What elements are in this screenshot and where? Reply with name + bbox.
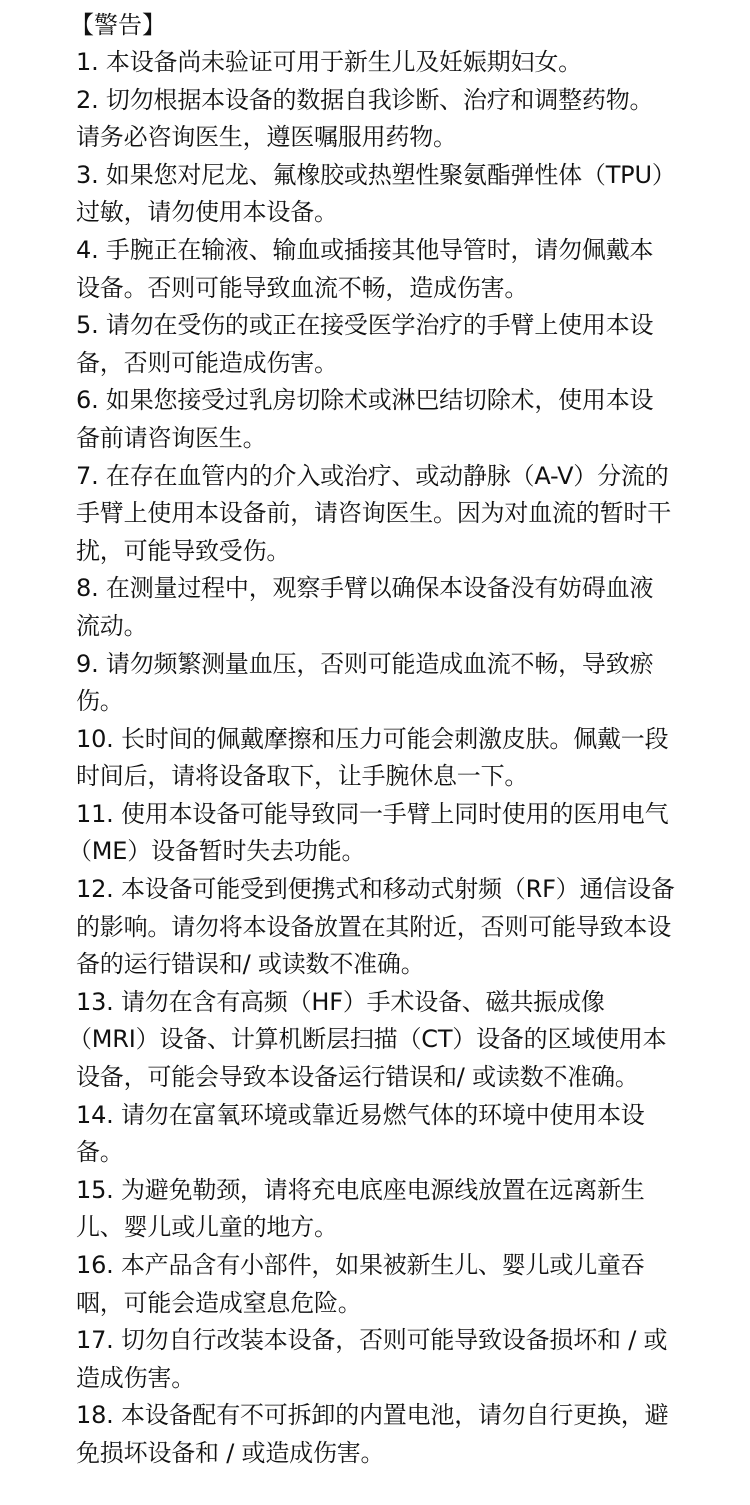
warning-line-6: 4. 手腕正在输液、输血或插接其他导管时，请勿佩戴本 (76, 232, 690, 270)
warning-line-27: （MRI）设备、计算机断层扫描（CT）设备的区域使用本 (68, 1021, 690, 1059)
warning-title: 【警告】 (70, 6, 690, 44)
warning-line-2: 2. 切勿根据本设备的数据自我诊断、治疗和调整药物。 (76, 82, 690, 120)
warning-line-21: 11. 使用本设备可能导致同一手臂上同时使用的医用电气 (76, 796, 690, 834)
warning-line-32: 儿、婴儿或儿童的地方。 (76, 1209, 690, 1247)
warning-line-29: 14. 请勿在富氧环境或靠近易燃气体的环境中使用本设 (76, 1097, 690, 1135)
warning-line-30: 备。 (76, 1134, 690, 1172)
warning-line-12: 7. 在存在血管内的介入或治疗、或动静脉（A-V）分流的 (76, 458, 690, 496)
warning-line-33: 16. 本产品含有小部件，如果被新生儿、婴儿或儿童吞 (76, 1247, 690, 1285)
warning-line-23: 12. 本设备可能受到便携式和移动式射频（RF）通信设备 (76, 871, 690, 909)
warning-line-37: 18. 本设备配有不可拆卸的内置电池，请勿自行更换，避 (76, 1397, 690, 1435)
warning-line-1: 1. 本设备尚未验证可用于新生儿及妊娠期妇女。 (76, 44, 690, 82)
warning-line-18: 伤。 (76, 683, 690, 721)
warning-line-8: 5. 请勿在受伤的或正在接受医学治疗的手臂上使用本设 (76, 307, 690, 345)
warning-line-24: 的影响。请勿将本设备放置在其附近，否则可能导致本设 (76, 909, 690, 947)
warning-line-10: 6. 如果您接受过乳房切除术或淋巴结切除术，使用本设 (76, 382, 690, 420)
warning-line-5: 过敏，请勿使用本设备。 (76, 194, 690, 232)
warning-line-34: 咽，可能会造成窒息危险。 (76, 1285, 690, 1323)
warning-line-25: 备的运行错误和/ 或读数不准确。 (76, 946, 690, 984)
warning-line-11: 备前请咨询医生。 (76, 420, 690, 458)
warning-line-7: 设备。否则可能导致血流不畅，造成伤害。 (76, 270, 690, 308)
warning-line-17: 9. 请勿频繁测量血压，否则可能造成血流不畅，导致瘀 (76, 646, 690, 684)
warning-line-4: 3. 如果您对尼龙、氟橡胶或热塑性聚氨酯弹性体（TPU） (76, 157, 690, 195)
warning-line-31: 15. 为避免勒颈，请将充电底座电源线放置在远离新生 (76, 1172, 690, 1210)
warning-line-19: 10. 长时间的佩戴摩擦和压力可能会刺激皮肤。佩戴一段 (76, 721, 690, 759)
warning-line-22: （ME）设备暂时失去功能。 (68, 833, 690, 871)
warning-line-15: 8. 在测量过程中，观察手臂以确保本设备没有妨碍血液 (76, 570, 690, 608)
warning-line-16: 流动。 (76, 608, 690, 646)
warning-line-36: 造成伤害。 (76, 1360, 690, 1398)
warning-line-28: 设备，可能会导致本设备运行错误和/ 或读数不准确。 (76, 1059, 690, 1097)
warning-line-20: 时间后，请将设备取下，让手腕休息一下。 (76, 758, 690, 796)
warning-line-26: 13. 请勿在含有高频（HF）手术设备、磁共振成像 (76, 984, 690, 1022)
warning-line-35: 17. 切勿自行改装本设备，否则可能导致设备损坏和 / 或 (76, 1322, 690, 1360)
warning-line-9: 备，否则可能造成伤害。 (76, 345, 690, 383)
warning-line-13: 手臂上使用本设备前，请咨询医生。因为对血流的暂时干 (76, 495, 690, 533)
warning-line-38: 免损坏设备和 / 或造成伤害。 (76, 1435, 690, 1473)
warning-line-3: 请务必咨询医生，遵医嘱服用药物。 (76, 119, 690, 157)
warning-line-14: 扰，可能导致受伤。 (76, 533, 690, 571)
warning-document: 【警告】 1. 本设备尚未验证可用于新生儿及妊娠期妇女。 2. 切勿根据本设备的… (0, 0, 750, 1505)
